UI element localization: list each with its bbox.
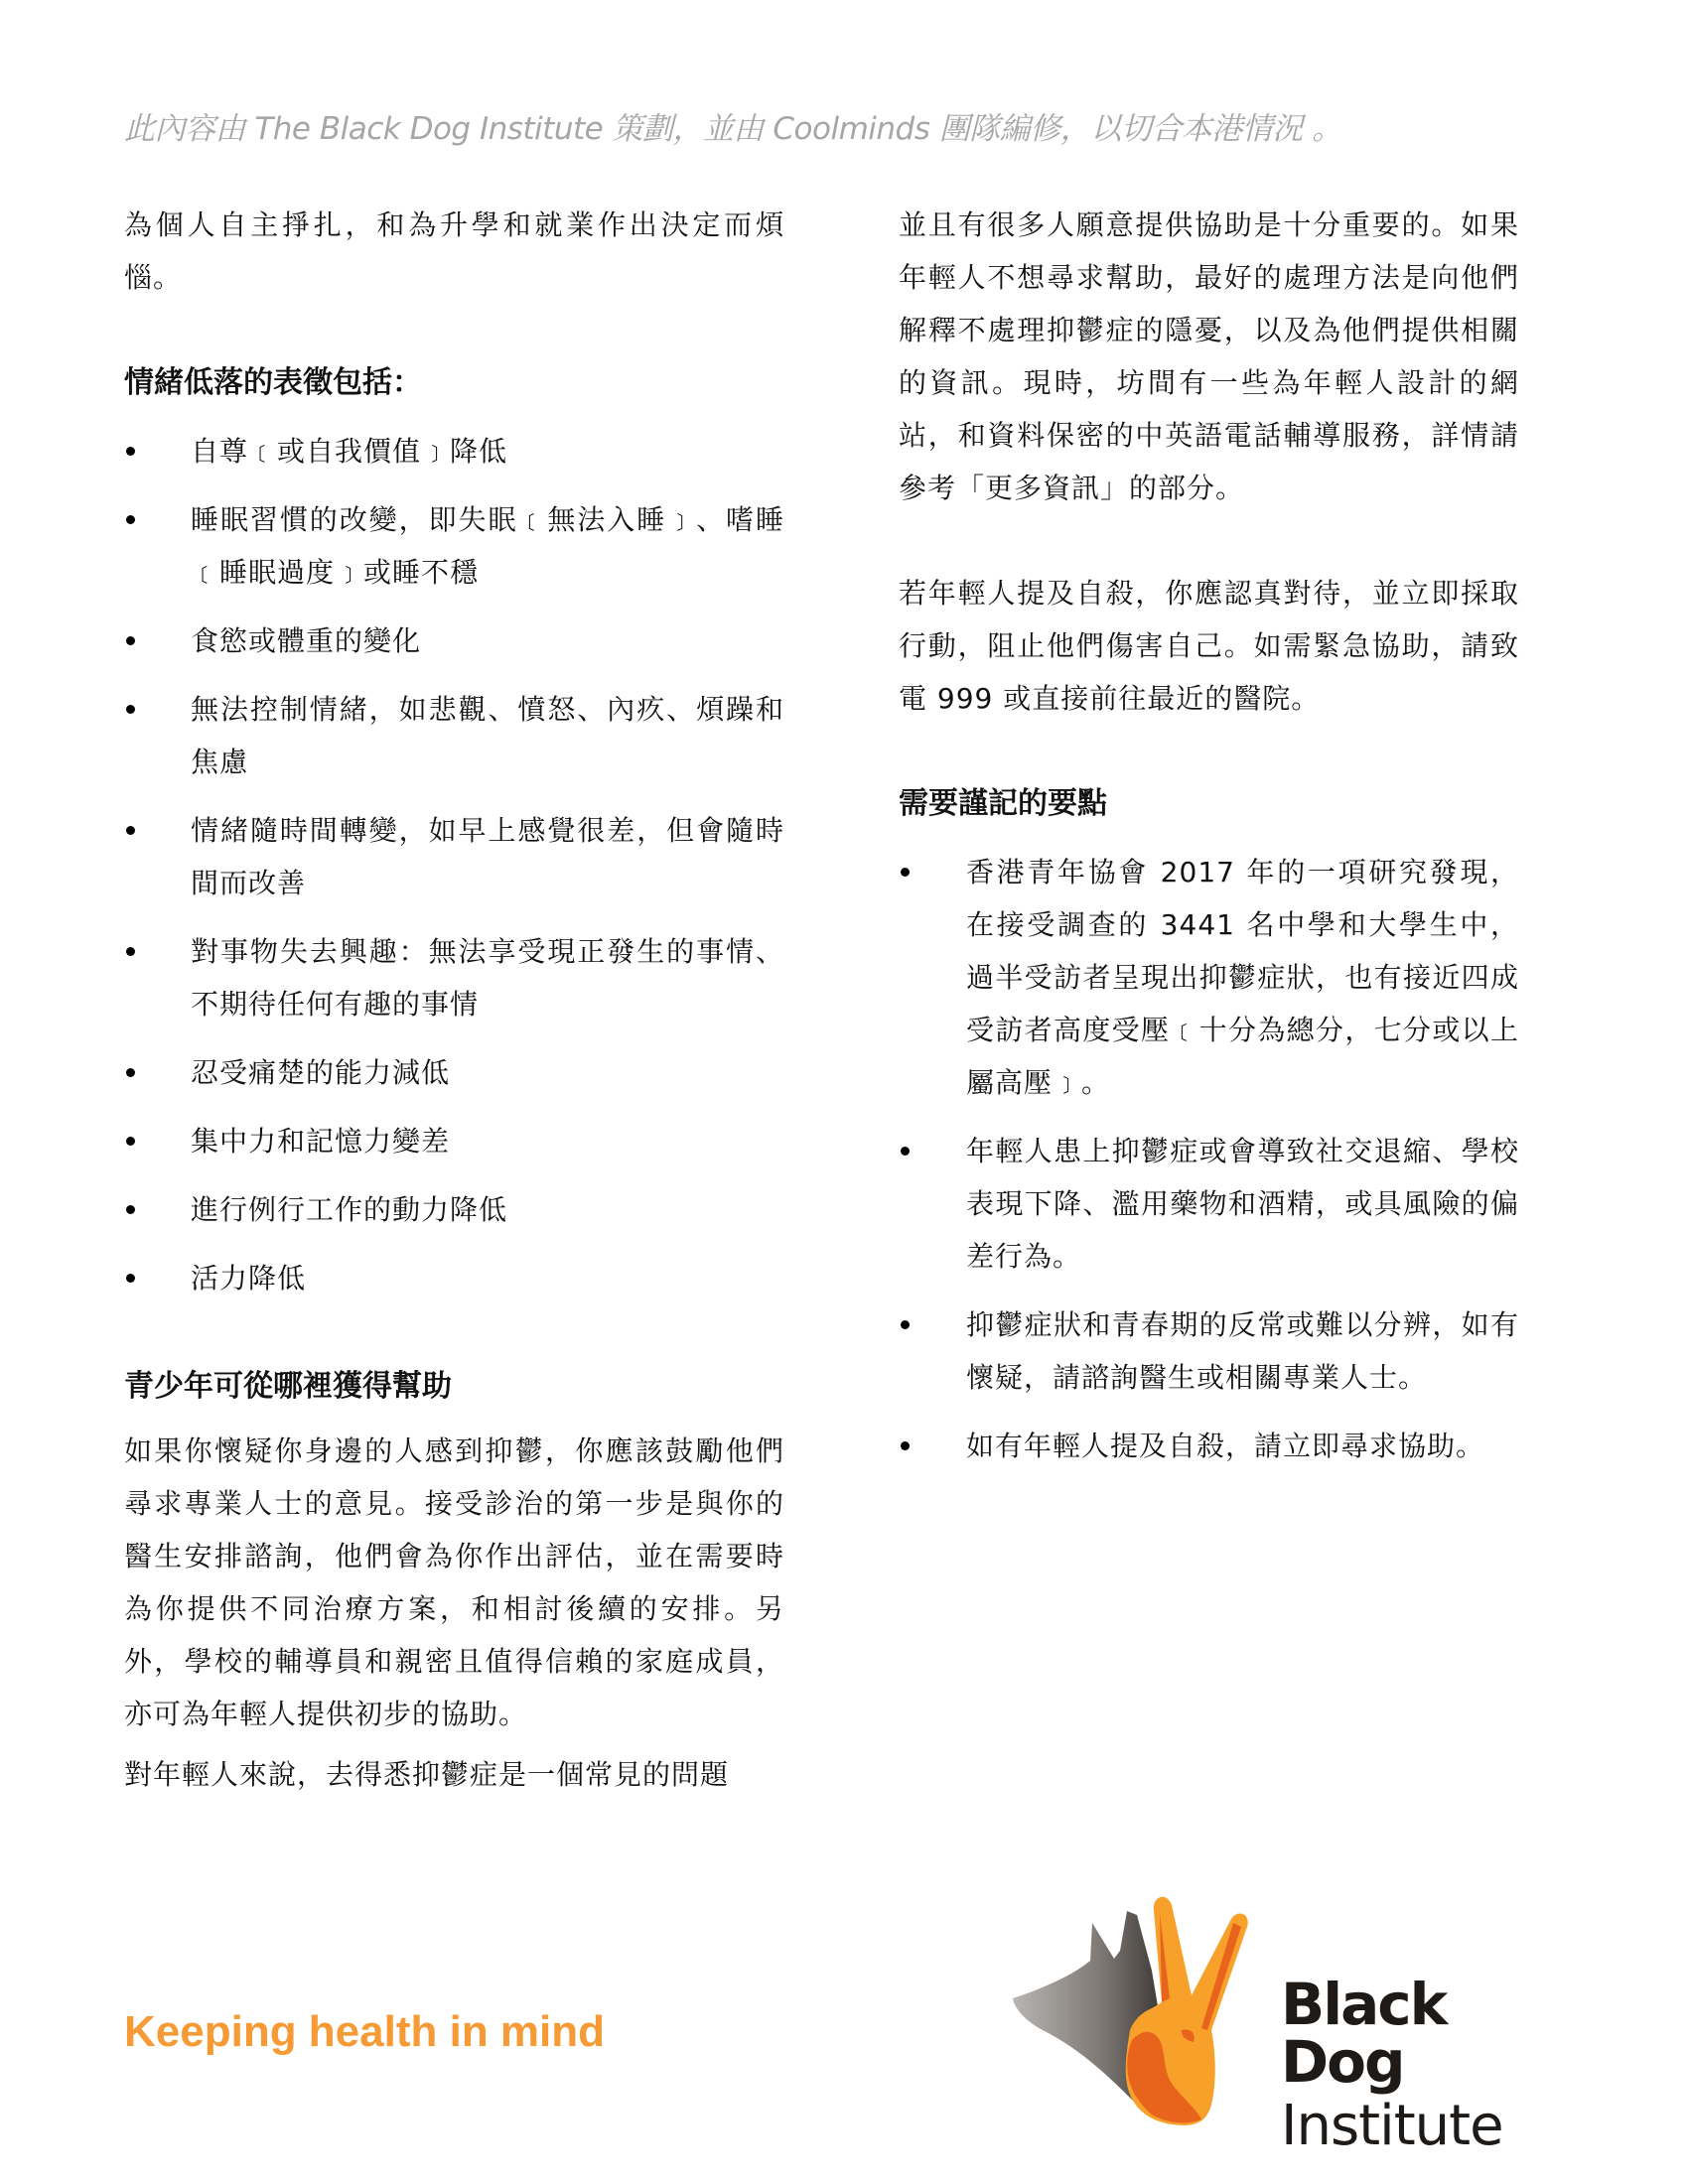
list-item: 忍受痛楚的能力減低: [124, 1046, 784, 1099]
list-item: 抑鬱症狀和青春期的反常或難以分辨，如有懷疑，請諮詢醫生或相關專業人士。: [899, 1298, 1519, 1404]
list-item: 睡眠習慣的改變，即失眠﹝無法入睡﹞、嗜睡﹝睡眠過度﹞或睡不穩: [124, 493, 784, 599]
footer-tagline: Keeping health in mind: [124, 2007, 605, 2057]
list-item: 如有年輕人提及自殺，請立即尋求協助。: [899, 1420, 1519, 1472]
left-column: 為個人自主掙扎，和為升學和就業作出決定而煩惱。 情緒低落的表徵包括： 自尊﹝或自…: [124, 199, 784, 1801]
bullet-icon: [126, 947, 135, 956]
key-points-heading: 需要謹記的要點: [899, 777, 1519, 830]
logo-line-1: Black Dog: [1281, 1976, 1559, 2091]
help-paragraph-continued: 並且有很多人願意提供協助是十分重要的。如果年輕人不想尋求幫助，最好的處理方法是向…: [899, 199, 1519, 514]
bullet-icon: [126, 1274, 135, 1283]
help-heading: 青少年可從哪裡獲得幫助: [124, 1360, 784, 1413]
list-item: 情緒隨時間轉變，如早上感覺很差，但會隨時間而改善: [124, 804, 784, 909]
bullet-icon: [126, 826, 135, 835]
bullet-icon: [901, 1441, 910, 1450]
intro-paragraph: 為個人自主掙扎，和為升學和就業作出決定而煩惱。: [124, 199, 784, 304]
logo-wordmark: Black Dog Institute: [1281, 1976, 1559, 2154]
bullet-icon: [126, 447, 135, 456]
list-item: 對事物失去興趣：無法享受現正發生的事情、不期待任何有趣的事情: [124, 925, 784, 1030]
bullet-icon: [126, 1205, 135, 1214]
key-points-list: 香港青年協會 2017 年的一項研究發現，在接受調查的 3441 名中學和大學生…: [899, 846, 1519, 1472]
bullet-icon: [126, 1068, 135, 1077]
list-item: 食慾或體重的變化: [124, 614, 784, 667]
list-item: 自尊﹝或自我價值﹞降低: [124, 425, 784, 478]
bullet-icon: [126, 515, 135, 524]
bullet-icon: [901, 868, 910, 877]
hand-dog-shadow-icon: [1003, 1881, 1261, 2154]
bullet-icon: [901, 1147, 910, 1156]
right-column: 並且有很多人願意提供協助是十分重要的。如果年輕人不想尋求幫助，最好的處理方法是向…: [899, 199, 1519, 1488]
header-attribution-note: 此內容由 The Black Dog Institute 策劃，並由 Coolm…: [124, 103, 1564, 148]
list-item: 無法控制情緒，如悲觀、憤怒、內疚、煩躁和焦慮: [124, 683, 784, 788]
suicide-paragraph: 若年輕人提及自殺，你應認真對待，並立即採取行動，阻止他們傷害自己。如需緊急協助，…: [899, 567, 1519, 725]
bullet-icon: [901, 1320, 910, 1329]
bullet-icon: [126, 1137, 135, 1146]
symptoms-heading: 情緒低落的表徵包括：: [124, 356, 784, 409]
help-paragraph: 如果你懷疑你身邊的人感到抑鬱，你應該鼓勵他們尋求專業人士的意見。接受診治的第一步…: [124, 1425, 784, 1740]
list-item: 進行例行工作的動力降低: [124, 1183, 784, 1236]
symptoms-list: 自尊﹝或自我價值﹞降低 睡眠習慣的改變，即失眠﹝無法入睡﹞、嗜睡﹝睡眠過度﹞或睡…: [124, 425, 784, 1304]
list-item: 集中力和記憶力變差: [124, 1115, 784, 1167]
black-dog-institute-logo: Black Dog Institute: [1003, 1881, 1559, 2159]
list-item: 香港青年協會 2017 年的一項研究發現，在接受調查的 3441 名中學和大學生…: [899, 846, 1519, 1109]
list-item: 年輕人患上抑鬱症或會導致社交退縮、學校表現下降、濫用藥物和酒精，或具風險的偏差行…: [899, 1125, 1519, 1283]
help-paragraph-continued-start: 對年輕人來說，去得悉抑鬱症是一個常見的問題: [124, 1748, 784, 1801]
list-item: 活力降低: [124, 1252, 784, 1304]
bullet-icon: [126, 705, 135, 714]
bullet-icon: [126, 636, 135, 645]
logo-line-2: Institute: [1281, 2099, 1559, 2154]
